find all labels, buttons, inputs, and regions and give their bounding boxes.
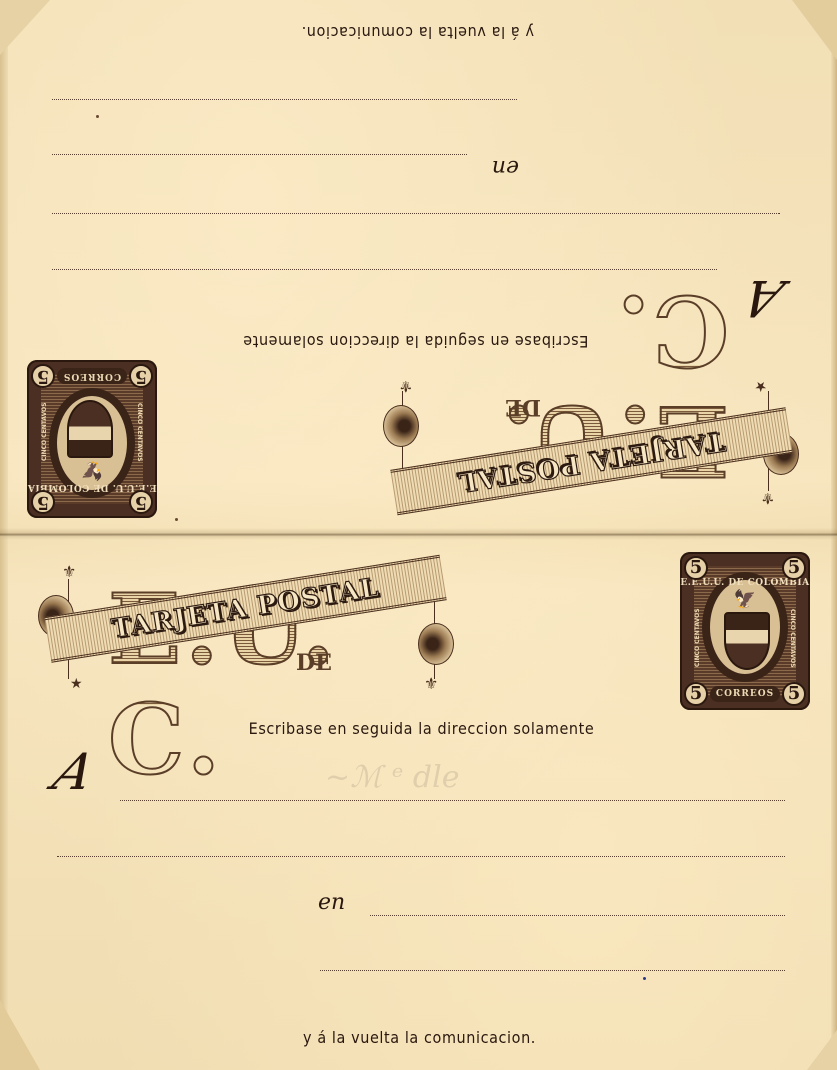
coat-of-arms-icon bbox=[724, 612, 770, 670]
city-prefix: en bbox=[492, 155, 519, 179]
stamp-denomination: 5 bbox=[31, 364, 55, 388]
stamp-denomination: 5 bbox=[684, 682, 708, 706]
address-line-4 bbox=[320, 970, 785, 971]
fleur-de-lis-icon: ⚜ bbox=[761, 491, 775, 505]
ribbon-scroll-right bbox=[383, 405, 419, 447]
postage-stamp-imprint: E.E.U.U. DE COLOMBIA 🦅 CINCO CENTAVOS CI… bbox=[27, 360, 157, 518]
address-line-2 bbox=[52, 213, 780, 214]
postal-card-sheet: ⚜ ★ ★ ⚜ E.U.C. DE TARJETA POSTAL E.E.U.U… bbox=[0, 0, 837, 1070]
paper-speck bbox=[175, 518, 178, 521]
address-line-3 bbox=[52, 154, 467, 155]
star-icon: ★ bbox=[70, 677, 83, 691]
title-block: ⚜ ★ ★ ⚜ E.U.C. DE TARJETA POSTAL bbox=[379, 365, 799, 515]
stamp-denomination: 5 bbox=[129, 490, 153, 514]
paper-speck bbox=[96, 115, 99, 118]
title-block: ⚜ ★ ★ ⚜ E.U.C. DE TARJETA POSTAL bbox=[38, 555, 458, 705]
stamp-denomination: 5 bbox=[31, 490, 55, 514]
stamp-correos-label: CORREOS bbox=[57, 368, 127, 384]
eagle-icon: 🦅 bbox=[718, 590, 772, 610]
address-prefix: A bbox=[47, 747, 101, 797]
eagle-icon: 🦅 bbox=[65, 460, 119, 480]
stamp-denomination: 5 bbox=[782, 682, 806, 706]
stamp-value-text-left: CINCO CENTAVOS bbox=[694, 608, 704, 668]
address-line-2 bbox=[57, 856, 785, 857]
address-prefix: A bbox=[736, 273, 790, 323]
footer-instruction: y á la vuelta la comunicacion. bbox=[0, 23, 836, 42]
city-prefix: en bbox=[318, 891, 345, 915]
stamp-value-text-right: CINCO CENTAVOS bbox=[786, 608, 796, 668]
address-instruction: Escribase en seguida la direccion solame… bbox=[3, 719, 837, 738]
ribbon-scroll-right bbox=[418, 623, 454, 665]
title-de: DE bbox=[296, 650, 332, 676]
stamp-denomination: 5 bbox=[129, 364, 153, 388]
reply-card-inverted: ⚜ ★ ★ ⚜ E.U.C. DE TARJETA POSTAL E.E.U.U… bbox=[0, 0, 837, 535]
address-line-1 bbox=[52, 269, 717, 270]
address-line-3 bbox=[370, 915, 785, 916]
footer-instruction: y á la vuelta la comunicacion. bbox=[1, 1028, 837, 1047]
stamp-value-text-right: CINCO CENTAVOS bbox=[41, 402, 51, 462]
stamp-denomination: 5 bbox=[684, 556, 708, 580]
faint-pencil-handwriting: ~ℳ ᵉ dle bbox=[325, 760, 459, 795]
coat-of-arms-icon bbox=[67, 400, 113, 458]
address-line-1 bbox=[120, 800, 785, 801]
postage-stamp-imprint: E.E.U.U. DE COLOMBIA 🦅 CINCO CENTAVOS CI… bbox=[680, 552, 810, 710]
stamp-denomination: 5 bbox=[782, 556, 806, 580]
message-card: ⚜ ★ ★ ⚜ E.U.C. DE TARJETA POSTAL E.E.U.U… bbox=[0, 535, 837, 1070]
address-line-4 bbox=[52, 99, 517, 100]
stamp-correos-label: CORREOS bbox=[710, 686, 780, 702]
star-icon: ★ bbox=[754, 379, 767, 393]
address-instruction: Escribase en seguida la direccion solame… bbox=[0, 332, 834, 351]
paper-speck bbox=[643, 977, 646, 980]
title-de: DE bbox=[505, 394, 541, 420]
fleur-de-lis-icon: ⚜ bbox=[62, 565, 76, 579]
stamp-value-text-left: CINCO CENTAVOS bbox=[133, 402, 143, 462]
